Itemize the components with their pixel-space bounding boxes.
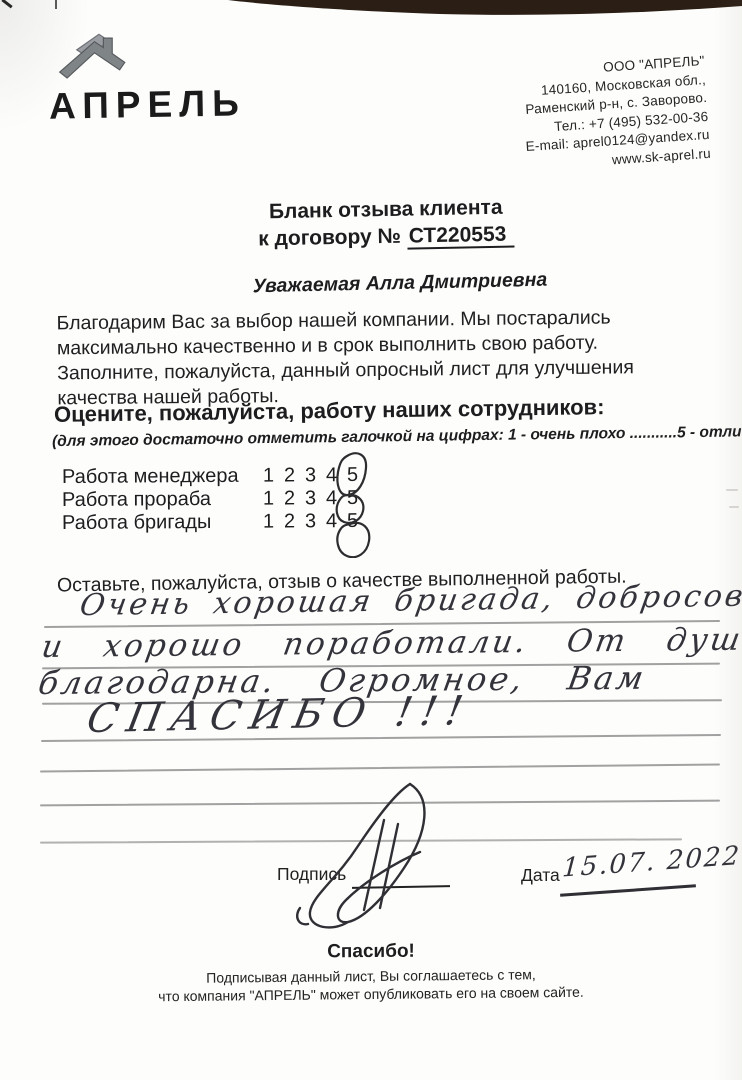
- rating-row-foreman: Работа прораба12345: [62, 487, 363, 512]
- rating-label: Работа прораба: [62, 488, 258, 512]
- rating-value-3: 3: [300, 464, 321, 487]
- scan-tick-mark: [55, 0, 57, 9]
- form-title: Бланк отзыва клиента к договору № СТ2205…: [226, 193, 547, 253]
- ruled-line: [40, 763, 720, 772]
- handwritten-review-line: СПАСИБО !!!: [83, 688, 475, 742]
- handdrawn-circle-marks: [325, 448, 381, 558]
- scan-smudge: [729, 506, 739, 508]
- rating-value-3: 3: [300, 487, 321, 510]
- company-info-block: ООО "АПРЕЛЬ" 140160, Московская обл., Ра…: [435, 52, 712, 181]
- footer-thanks: Спасибо!: [0, 938, 742, 965]
- roof-logo-icon: [56, 32, 130, 84]
- scanned-feedback-form: АПРЕЛЬ ООО "АПРЕЛЬ" 140160, Московская о…: [0, 0, 742, 1080]
- handwritten-date: 15.07. 2022 г.: [561, 838, 742, 883]
- rating-value-2: 2: [279, 464, 300, 487]
- scan-edge-artifact: [0, 0, 742, 20]
- form-title-line2: к договору № СТ220553: [226, 220, 546, 253]
- scan-smudge: [726, 489, 738, 491]
- date-label: Дата: [521, 865, 560, 886]
- contract-number: СТ220553: [407, 223, 515, 250]
- ratings-hint: (для этого достаточно отметить галочкой …: [52, 423, 742, 451]
- rating-row-manager: Работа менеджера12345: [62, 464, 363, 489]
- handwritten-signature: [292, 780, 462, 932]
- rating-label: Работа бригады: [62, 511, 258, 535]
- rating-value-2: 2: [279, 487, 300, 510]
- rating-value-1: 1: [258, 465, 279, 488]
- salutation: Уважаемая Алла Дмитриевна: [240, 268, 560, 298]
- rating-value-1: 1: [258, 488, 279, 511]
- rating-value-3: 3: [300, 510, 321, 533]
- rating-label: Работа менеджера: [62, 465, 258, 489]
- rating-value-1: 1: [258, 511, 279, 534]
- rating-row-crew: Работа бригады12345: [62, 510, 363, 535]
- logo-wordmark: АПРЕЛЬ: [49, 82, 246, 127]
- date-underline: [560, 884, 696, 896]
- contract-label: к договору №: [258, 225, 407, 251]
- rating-value-2: 2: [279, 510, 300, 533]
